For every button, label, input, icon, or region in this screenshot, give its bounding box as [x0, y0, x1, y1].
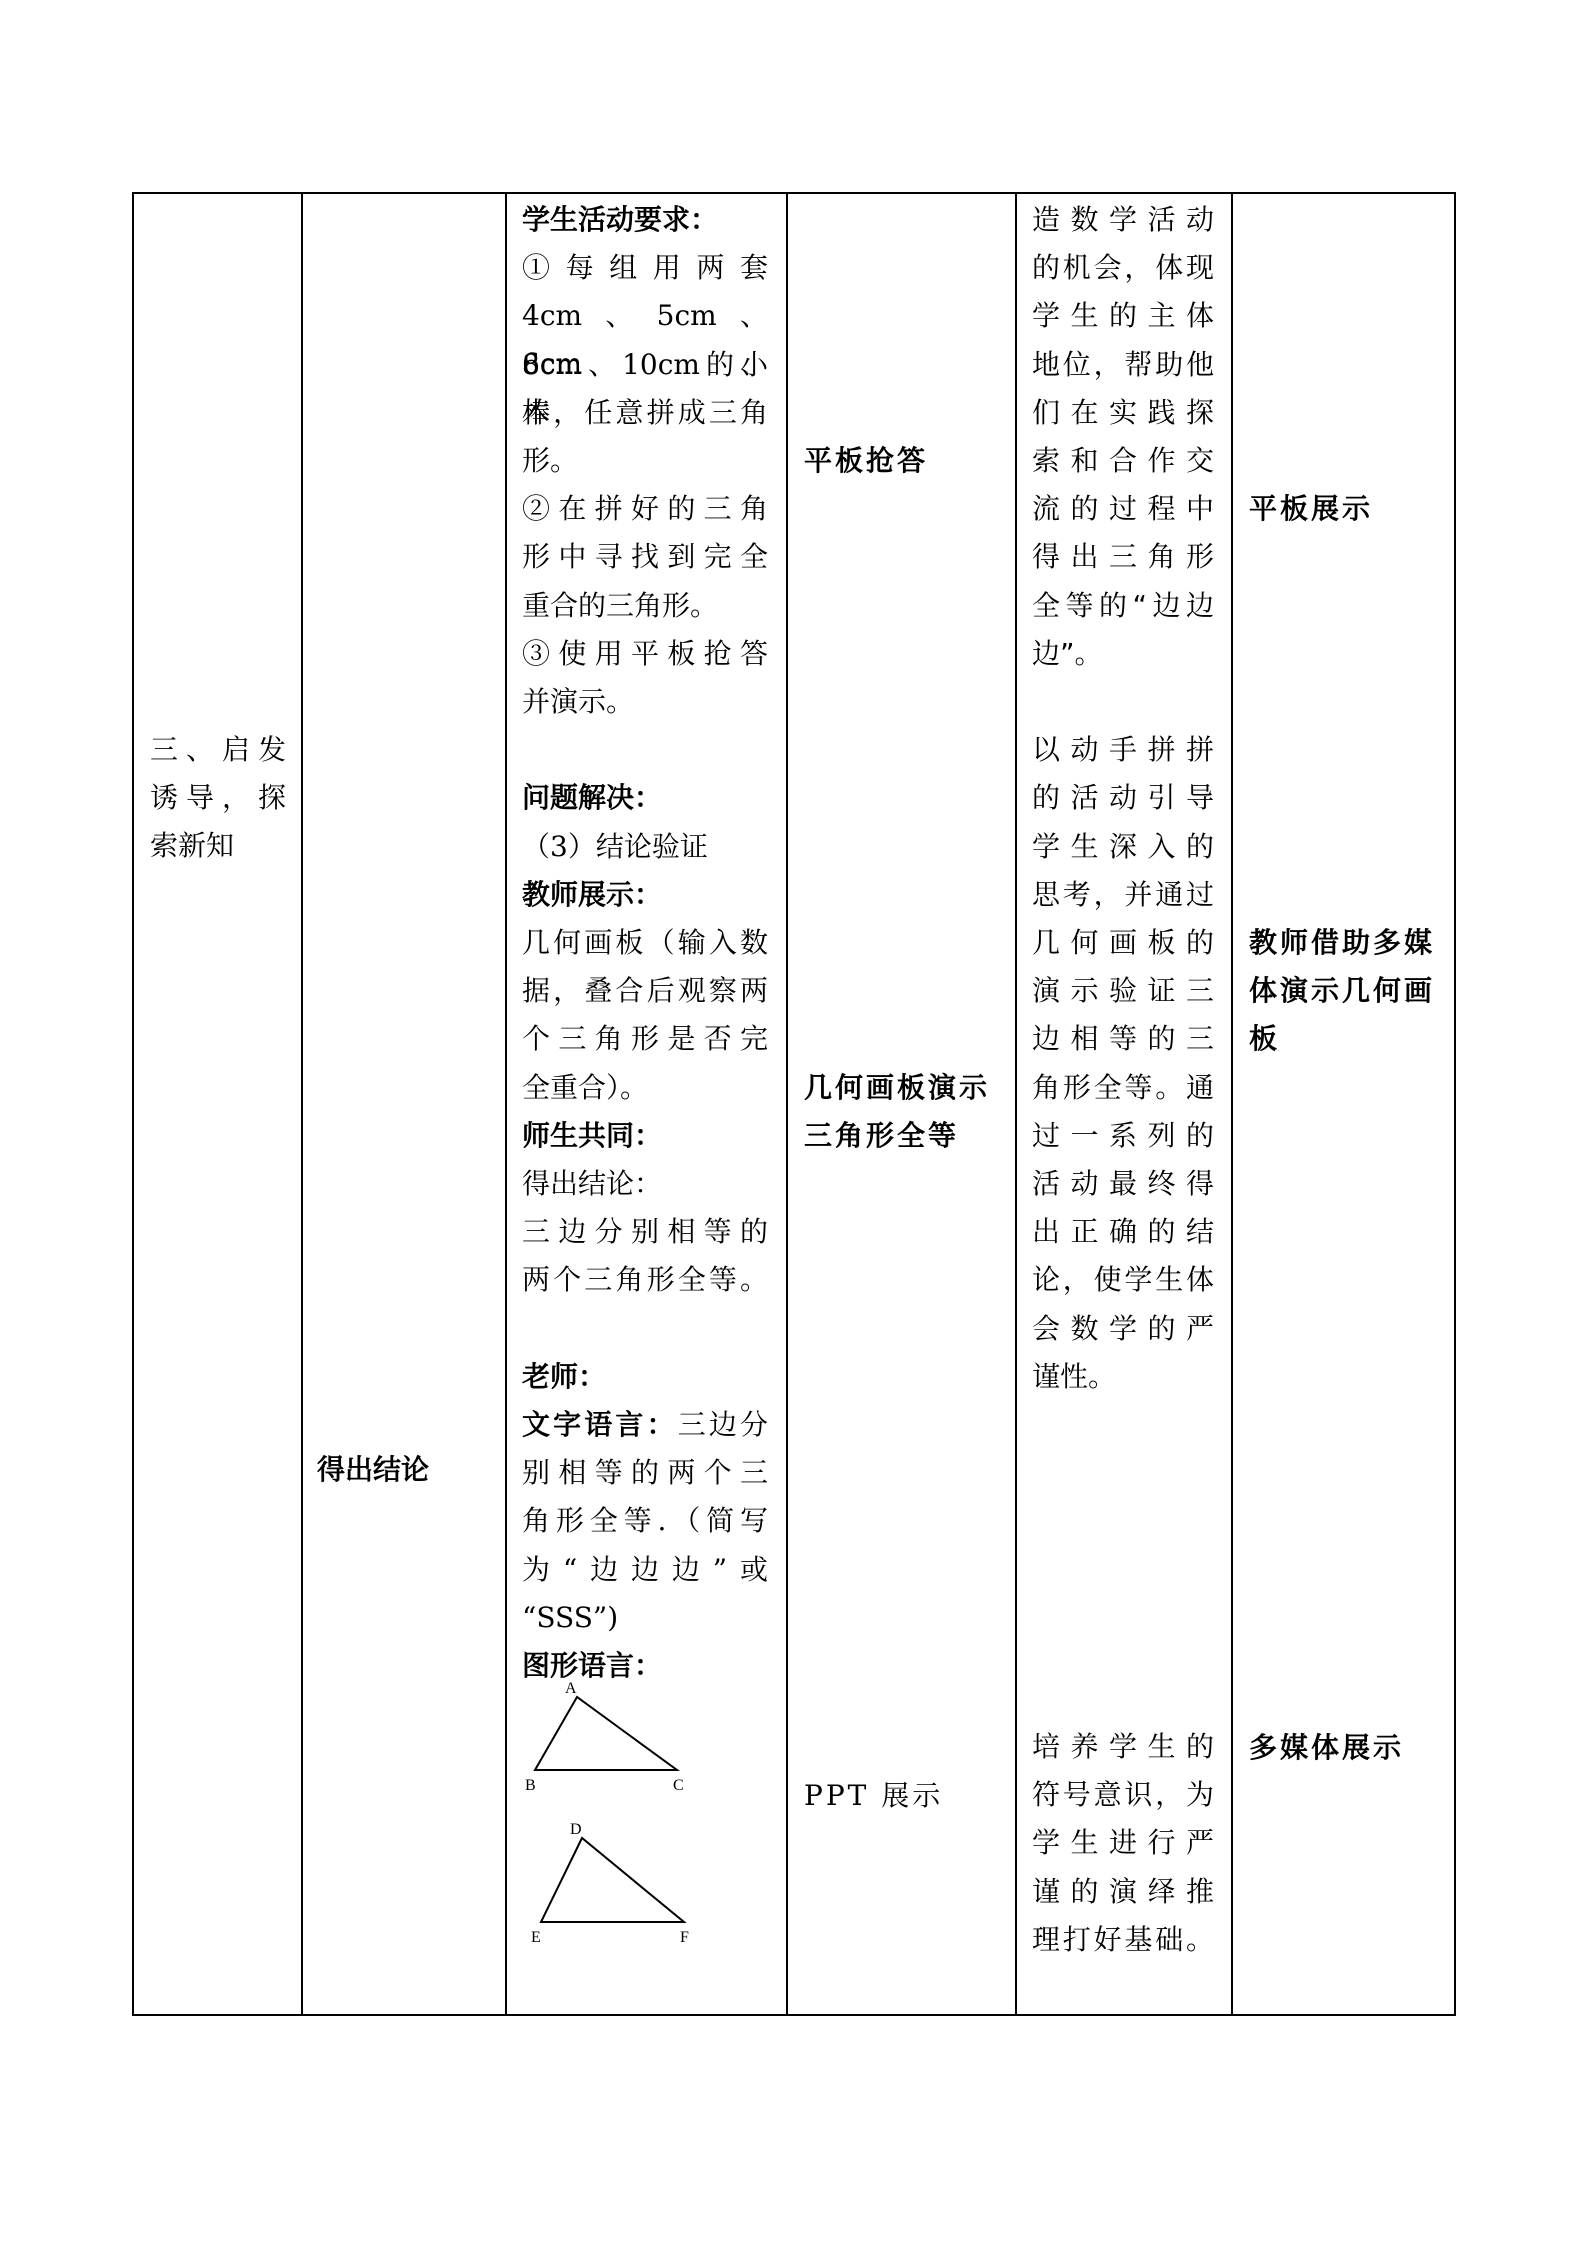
intent-text-line: 边相等的三 [1032, 1015, 1214, 1063]
intent-text-line: 谨的演绎推 [1032, 1868, 1214, 1916]
method-text-line: PPT 展示 [804, 1772, 1004, 1820]
intent-text-line: 学生进行严 [1032, 1819, 1214, 1867]
media-text-line: 板 [1249, 1015, 1449, 1063]
intent-text-line: 造数学活动 [1032, 196, 1214, 244]
vertex-label: C [673, 1777, 684, 1794]
vertex-label: D [570, 1821, 582, 1838]
intent-text-line: 学生的主体 [1032, 292, 1214, 340]
intent-text-line: 出正确的结 [1032, 1208, 1214, 1256]
intent-text-line: 的机会，体现 [1032, 244, 1214, 292]
intent-text-line: 以动手拼拼 [1032, 726, 1214, 774]
intent-text-line: 符号意识，为 [1032, 1771, 1214, 1819]
intent-text-line: 演示验证三 [1032, 967, 1214, 1015]
document-page: 三、启发诱导，探索新知 得出结论 学生活动要求：①每组用两套4cm、5cm、6c… [0, 0, 1587, 2245]
method-text-line: 三角形全等 [804, 1112, 1004, 1160]
intent-text-line: 索和合作交 [1032, 437, 1214, 485]
intent-text-line: 几何画板的 [1032, 919, 1214, 967]
media-text-line: 教师借助多媒 [1249, 919, 1449, 967]
intent-text-line: 谨性。 [1032, 1353, 1214, 1401]
intent-text-line: 思考，并通过 [1032, 871, 1214, 919]
intent-text-line: 得出三角形 [1032, 533, 1214, 581]
vertex-label: F [680, 1929, 689, 1946]
intent-text-line: 全等的“边边 [1032, 582, 1214, 630]
intent-text-line: 论，使学生体 [1032, 1256, 1214, 1304]
vertex-label: E [531, 1929, 541, 1946]
intent-text-line: 的活动引导 [1032, 774, 1214, 822]
method-text-line: 几何画板演示 [804, 1064, 1004, 1112]
triangle-figures: ABCDEF [0, 0, 1587, 2245]
method-text-line: 平板抢答 [804, 437, 1004, 485]
media-text-line: 体演示几何画 [1249, 967, 1449, 1015]
intent-text-line: 们在实践探 [1032, 389, 1214, 437]
intent-text-line: 学生深入的 [1032, 823, 1214, 871]
intent-text-line: 会数学的严 [1032, 1305, 1214, 1353]
intent-text-line: 过一系列的 [1032, 1112, 1214, 1160]
intent-text-line: 培养学生的 [1032, 1723, 1214, 1771]
intent-text-line: 地位，帮助他 [1032, 341, 1214, 389]
intent-text-line: 边”。 [1032, 630, 1214, 678]
triangle-shape [541, 1838, 684, 1922]
media-text-line: 多媒体展示 [1249, 1724, 1449, 1772]
vertex-label: A [565, 1680, 577, 1697]
intent-text-line: 流的过程中 [1032, 485, 1214, 533]
intent-text-line: 理打好基础。 [1032, 1916, 1214, 1964]
intent-text-line: 角形全等。通 [1032, 1064, 1214, 1112]
media-text-line: 平板展示 [1249, 485, 1449, 533]
triangle-shape [535, 1697, 677, 1770]
intent-text-line: 活动最终得 [1032, 1160, 1214, 1208]
intent-text-line [1032, 678, 1214, 726]
vertex-label: B [525, 1777, 536, 1794]
